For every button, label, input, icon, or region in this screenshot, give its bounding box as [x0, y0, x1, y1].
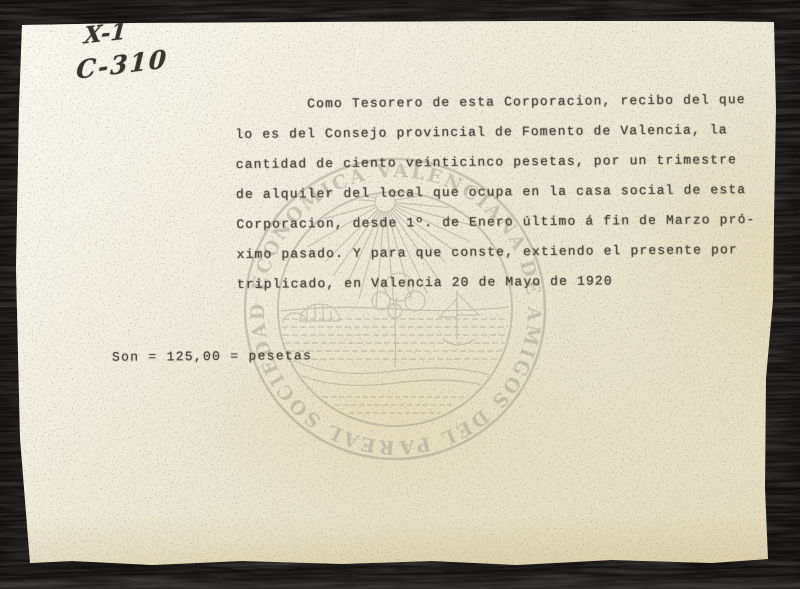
receipt-line: ximo pasado. Y para que conste, extiendo…: [236, 235, 776, 270]
ground-hatching: [323, 397, 467, 413]
motto-ribbon: [288, 361, 505, 391]
receipt-body-text: Como Tesorero de esta Corporacion, recib…: [235, 85, 777, 300]
receipt-amount-line: Son = 125,00 = pesetas: [112, 348, 312, 364]
receipt-line: triplicado, en Valencia 20 de Mayo de 19…: [237, 265, 777, 300]
scanned-receipt-paper: REAL SOCIEDAD ECONOMICA VALENCIANA DE AM…: [12, 18, 776, 570]
dome-building-icon: [283, 304, 340, 323]
ship-icon: [439, 291, 479, 345]
